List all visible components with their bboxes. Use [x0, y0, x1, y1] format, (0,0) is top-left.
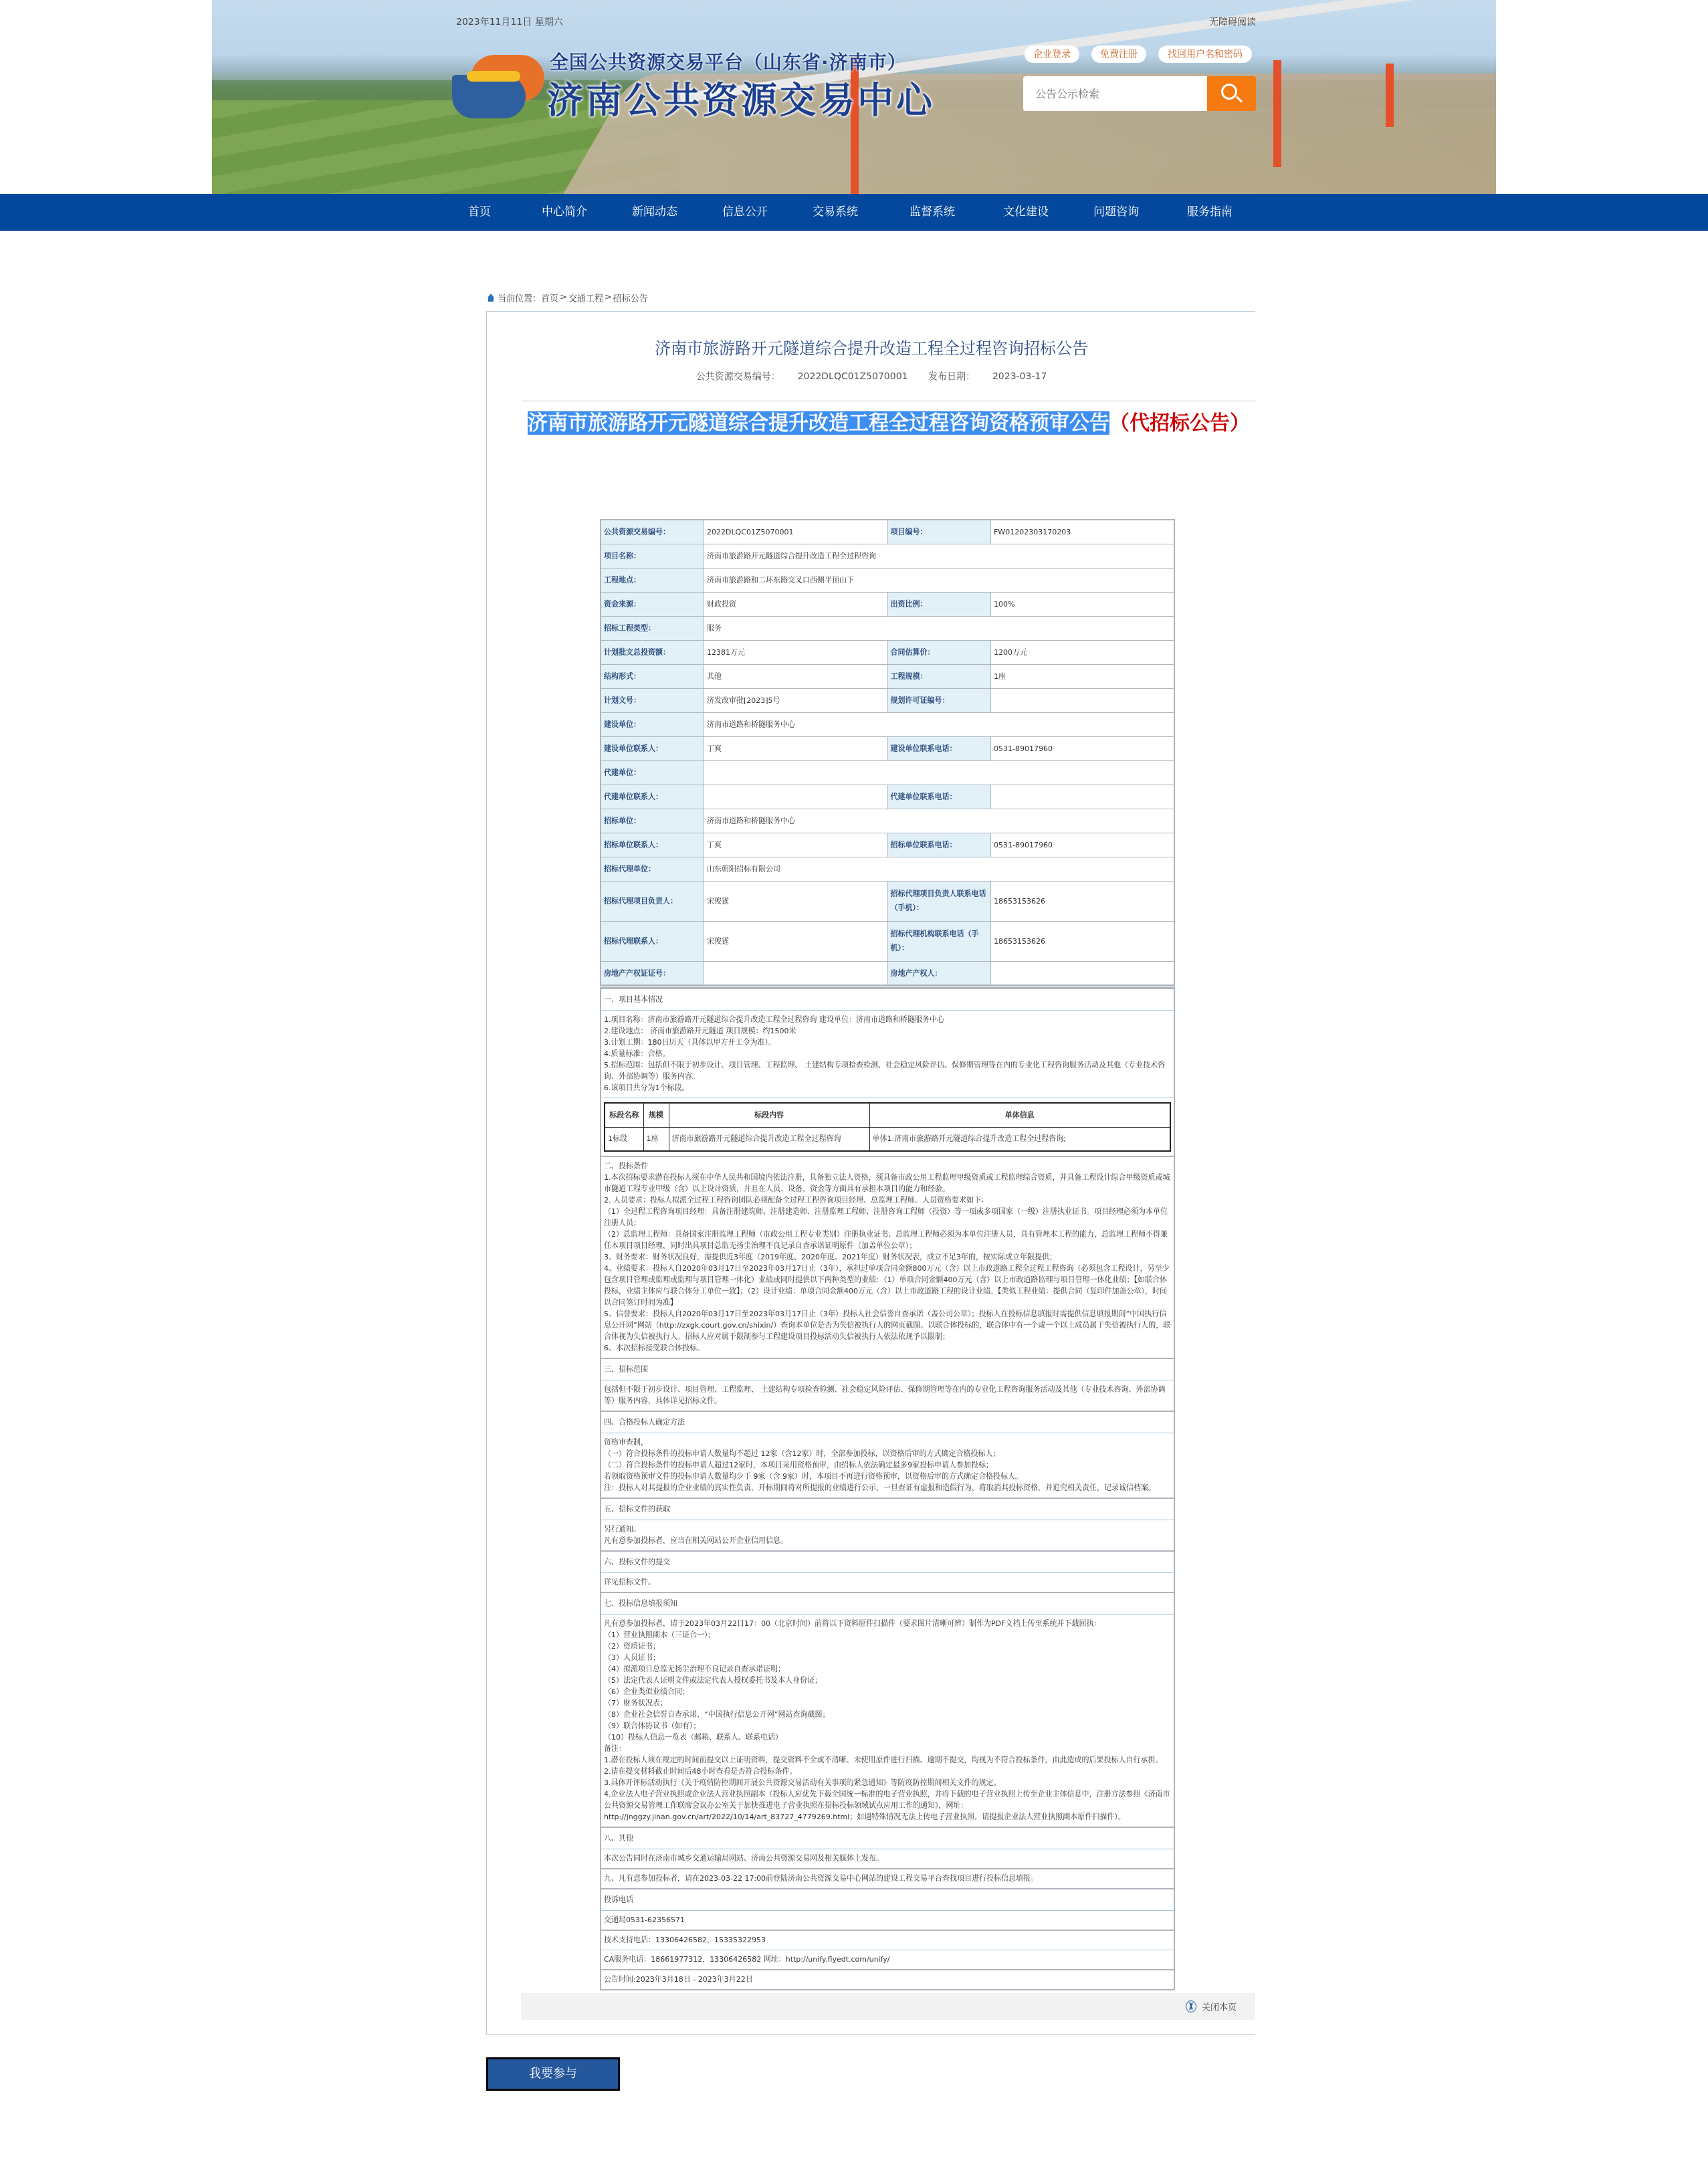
field-value [704, 961, 887, 985]
nav-item[interactable]: 交易系统 [813, 194, 858, 231]
field-value: 宋俊霆 [704, 881, 887, 921]
field-value: 丁爽 [704, 833, 887, 857]
accessibility-link[interactable]: 无障碍阅读 [1209, 15, 1256, 28]
recover-account-link[interactable]: 找回用户名和密码 [1158, 45, 1252, 63]
field-value: 财政投资 [704, 592, 887, 616]
field-label: 资金来源： [601, 592, 704, 616]
enterprise-login-link[interactable]: 企业登录 [1025, 45, 1079, 63]
field-label: 出资比例： [887, 592, 991, 616]
table-cell: 单体1:济南市旅游路开元隧道综合提升改造工程全过程咨询; [869, 1127, 1170, 1151]
field-label: 公共资源交易编号： [601, 520, 704, 544]
field-label: 代建单位联系人： [601, 785, 704, 809]
field-value: 济南市旅游路和二环东路交叉口西侧平顶山下 [704, 568, 1174, 592]
field-value [991, 785, 1174, 809]
field-label: 招标单位： [601, 809, 704, 833]
field-label: 招标代理联系人： [601, 921, 704, 961]
banner-bridge-tower [1273, 60, 1281, 167]
logo-icon [452, 55, 546, 118]
join-button[interactable]: 我要参与 [486, 2057, 620, 2091]
nav-item[interactable]: 中心简介 [542, 194, 587, 231]
search-icon [1221, 84, 1237, 100]
table-row: 项目名称：济南市旅游路开元隧道综合提升改造工程全过程咨询 [601, 544, 1174, 568]
table-row: 招标代理单位：山东朝阳招标有限公司 [601, 857, 1174, 881]
field-value: 1座 [991, 664, 1174, 688]
field-label: 建设单位： [601, 712, 704, 736]
notice-title-highlight: 济南市旅游路开元隧道综合提升改造工程全过程咨询资格预审公告 [528, 411, 1109, 435]
section-text: 二、投标条件 1.本次招标要求潜在投标人须在中华人民共和国境内依法注册，具备独立… [601, 1157, 1174, 1359]
trade-number: 2022DLQC01Z5070001 [798, 371, 908, 382]
field-value: 济南市道路和桥隧服务中心 [704, 809, 1174, 833]
site-title: 济南公共资源交易中心 [547, 72, 935, 124]
home-icon [487, 294, 495, 302]
field-label: 计划批文总投资额： [601, 640, 704, 664]
field-label: 招标单位联系人： [601, 833, 704, 857]
main-nav: 首页中心简介新闻动态信息公开交易系统监督系统文化建设问题咨询服务指南 [0, 194, 1708, 231]
nav-item[interactable]: 监督系统 [910, 194, 955, 231]
field-value [991, 688, 1174, 712]
field-value [704, 760, 1174, 785]
page-title: 济南市旅游路开元隧道综合提升改造工程全过程咨询招标公告 [487, 335, 1256, 358]
section-heading: 六、投标文件的提交 [601, 1552, 1174, 1573]
tech-support: 技术支持电话：13306426582，15335322953 [601, 1931, 1174, 1950]
field-value: 2022DLQC01Z5070001 [704, 520, 887, 544]
field-value [991, 961, 1174, 985]
platform-title: 全国公共资源交易平台（山东省·济南市） [550, 48, 907, 75]
section-heading: 五、招标文件的获取 [601, 1499, 1174, 1520]
close-icon [1186, 2000, 1196, 2012]
section-text: 1.项目名称：济南市旅游路开元隧道综合提升改造工程全过程咨询 建设单位：济南市道… [601, 1011, 1174, 1098]
banner-bridge-tower [1386, 64, 1394, 127]
table-row: 招标工程类型：服务 [601, 616, 1174, 640]
field-value: 18653153626 [991, 921, 1174, 961]
table-row: 结构形式：其他工程规模：1座 [601, 664, 1174, 688]
table-cell: 济南市旅游路开元隧道综合提升改造工程全过程咨询 [669, 1127, 869, 1151]
field-value: FW01202303170203 [991, 520, 1174, 544]
breadcrumb: 当前位置： 首页 > 交通工程 > 招标公告 [487, 291, 648, 304]
section-text: 包括但不限于初步设计、项目管理、工程监理、 土建结构专项检查检测、社会稳定风险评… [601, 1380, 1174, 1412]
section-heading: 三、招标范围 [601, 1359, 1174, 1380]
field-label: 建设单位联系电话： [887, 736, 991, 760]
field-value: 服务 [704, 616, 1174, 640]
field-value: 0531-89017960 [991, 736, 1174, 760]
field-value [704, 785, 887, 809]
table-row: 代建单位联系人：代建单位联系电话： [601, 785, 1174, 809]
column-header: 标段名称 [605, 1103, 643, 1127]
table-row: 计划批文总投资额：12381万元合同估算价：1200万元 [601, 640, 1174, 664]
field-label: 项目编号： [887, 520, 991, 544]
section-heading: 投诉电话 [601, 1889, 1174, 1911]
column-header: 规模 [643, 1103, 669, 1127]
field-value: 宋俊霆 [704, 921, 887, 961]
field-label: 招标工程类型： [601, 616, 704, 640]
project-info-table: 公共资源交易编号：2022DLQC01Z5070001项目编号：FW012023… [600, 519, 1175, 986]
header-date: 2023年11月11日 星期六 [456, 15, 563, 28]
field-value: 18653153626 [991, 881, 1174, 921]
field-label: 房地产产权人： [887, 961, 991, 985]
field-value: 济南市旅游路开元隧道综合提升改造工程全过程咨询 [704, 544, 1174, 568]
section-heading: 四、合格投标人确定方法 [601, 1412, 1174, 1433]
breadcrumb-home[interactable]: 首页 [541, 291, 558, 304]
field-label: 建设单位联系人： [601, 736, 704, 760]
nav-item[interactable]: 信息公开 [722, 194, 768, 231]
field-label: 招标代理项目负责人联系电话（手机）： [887, 881, 991, 921]
publish-date: 2023-03-17 [992, 371, 1047, 382]
table-cell: 1标段 [605, 1127, 643, 1151]
table-row: 资金来源：财政投资出资比例：100% [601, 592, 1174, 616]
field-value: 丁爽 [704, 736, 887, 760]
field-label: 项目名称： [601, 544, 704, 568]
field-label: 计划文号： [601, 688, 704, 712]
nav-item[interactable]: 新闻动态 [632, 194, 677, 231]
field-label: 规划许可证编号： [887, 688, 991, 712]
divider [522, 401, 1256, 401]
field-label: 招标代理机构联系电话（手机）： [887, 921, 991, 961]
nav-item[interactable]: 服务指南 [1187, 194, 1233, 231]
column-header: 单体信息 [869, 1103, 1170, 1127]
field-label: 合同估算价： [887, 640, 991, 664]
section-text: 另行通知。 凡有意参加投标者，应当在相关网站公开企业信用信息。 [601, 1520, 1174, 1552]
close-bar: 关闭本页 [521, 1993, 1255, 2020]
ca-service: CA服务电话：18661977312，13306426582 网址：http:/… [601, 1950, 1174, 1970]
field-value: 12381万元 [704, 640, 887, 664]
breadcrumb-traffic[interactable]: 交通工程 [568, 291, 603, 304]
section-heading: 八、其他 [601, 1828, 1174, 1849]
table-row: 招标代理项目负责人：宋俊霆招标代理项目负责人联系电话（手机）：186531536… [601, 881, 1174, 921]
notice-period: 公告时间:2023年3月18日 - 2023年3月22日 [601, 1970, 1174, 1989]
table-row: 代建单位： [601, 760, 1174, 785]
field-label: 招标单位联系电话： [887, 833, 991, 857]
field-value: 0531-89017960 [991, 833, 1174, 857]
section-text: 凡有意参加投标者，请于2023年03月22日17：00（北京时间）前将以下资料原… [601, 1615, 1174, 1828]
search-button[interactable] [1207, 76, 1256, 111]
field-label: 代建单位： [601, 760, 704, 785]
field-value: 济发改审批[2023]5号 [704, 688, 887, 712]
section-heading: 七、投标信息填报须知 [601, 1593, 1174, 1615]
field-value: 济南市道路和桥隧服务中心 [704, 712, 1174, 736]
field-value: 山东朝阳招标有限公司 [704, 857, 1174, 881]
nav-item[interactable]: 问题咨询 [1093, 194, 1139, 231]
section-text: 九、凡有意参加投标者，请在2023-03-22 17:00前登陆济南公共资源交易… [601, 1869, 1174, 1889]
section-text: 详见招标文件。 [601, 1573, 1174, 1593]
table-cell: 1座 [643, 1127, 669, 1151]
field-label: 工程规模： [887, 664, 991, 688]
table-row: 工程地点：济南市旅游路和二环东路交叉口西侧平顶山下 [601, 568, 1174, 592]
section-heading: 一、项目基本情况 [601, 989, 1174, 1011]
table-row: 招标单位：济南市道路和桥隧服务中心 [601, 809, 1174, 833]
table-row: 建设单位：济南市道路和桥隧服务中心 [601, 712, 1174, 736]
section-text: 资格审查制， （一）符合投标条件的投标申请人数量均不超过 12家（含12家）时，… [601, 1433, 1174, 1499]
column-header: 标段内容 [669, 1103, 869, 1127]
field-label: 结构形式： [601, 664, 704, 688]
table-row: 招标代理联系人：宋俊霆招标代理机构联系电话（手机）：18653153626 [601, 921, 1174, 961]
segment-table: 标段名称规模标段内容单体信息 1标段1座济南市旅游路开元隧道综合提升改造工程全过… [604, 1102, 1171, 1152]
field-label: 招标代理单位： [601, 857, 704, 881]
table-row: 房地产产权证证号：房地产产权人： [601, 961, 1174, 985]
table-row: 招标单位联系人：丁爽招标单位联系电话：0531-89017960 [601, 833, 1174, 857]
section-text: 本次公告同时在济南市城乡交通运输局网站、济南公共资源交易网及相关媒体上发布。 [601, 1849, 1174, 1869]
table-row: 1标段1座济南市旅游路开元隧道综合提升改造工程全过程咨询单体1:济南市旅游路开元… [605, 1127, 1170, 1151]
notice-title: 济南市旅游路开元隧道综合提升改造工程全过程咨询资格预审公告（代招标公告） [522, 409, 1256, 438]
table-row: 公共资源交易编号：2022DLQC01Z5070001项目编号：FW012023… [601, 520, 1174, 544]
field-value: 100% [991, 592, 1174, 616]
table-row: 计划文号：济发改审批[2023]5号规划许可证编号： [601, 688, 1174, 712]
notice-body: 一、项目基本情况 1.项目名称：济南市旅游路开元隧道综合提升改造工程全过程咨询 … [600, 987, 1175, 1990]
search-input[interactable] [1023, 76, 1207, 111]
free-register-link[interactable]: 免费注册 [1091, 45, 1146, 63]
field-value: 其他 [704, 664, 887, 688]
document-meta: 公共资源交易编号：2022DLQC01Z5070001 发布日期：2023-03… [487, 369, 1256, 383]
breadcrumb-label: 当前位置： [498, 291, 541, 304]
field-label: 招标代理项目负责人： [601, 881, 704, 921]
table-row: 建设单位联系人：丁爽建设单位联系电话：0531-89017960 [601, 736, 1174, 760]
breadcrumb-tender-notice[interactable]: 招标公告 [613, 291, 648, 304]
field-label: 工程地点： [601, 568, 704, 592]
field-label: 房地产产权证证号： [601, 961, 704, 985]
field-value: 1200万元 [991, 640, 1174, 664]
close-page-button[interactable]: 关闭本页 [1186, 2000, 1237, 2012]
field-label: 代建单位联系电话： [887, 785, 991, 809]
complaint-phone: 交通局0531-62356571 [601, 1911, 1174, 1931]
nav-item[interactable]: 文化建设 [1003, 194, 1049, 231]
notice-title-suffix: （代招标公告） [1109, 411, 1250, 435]
nav-item[interactable]: 首页 [468, 194, 491, 231]
